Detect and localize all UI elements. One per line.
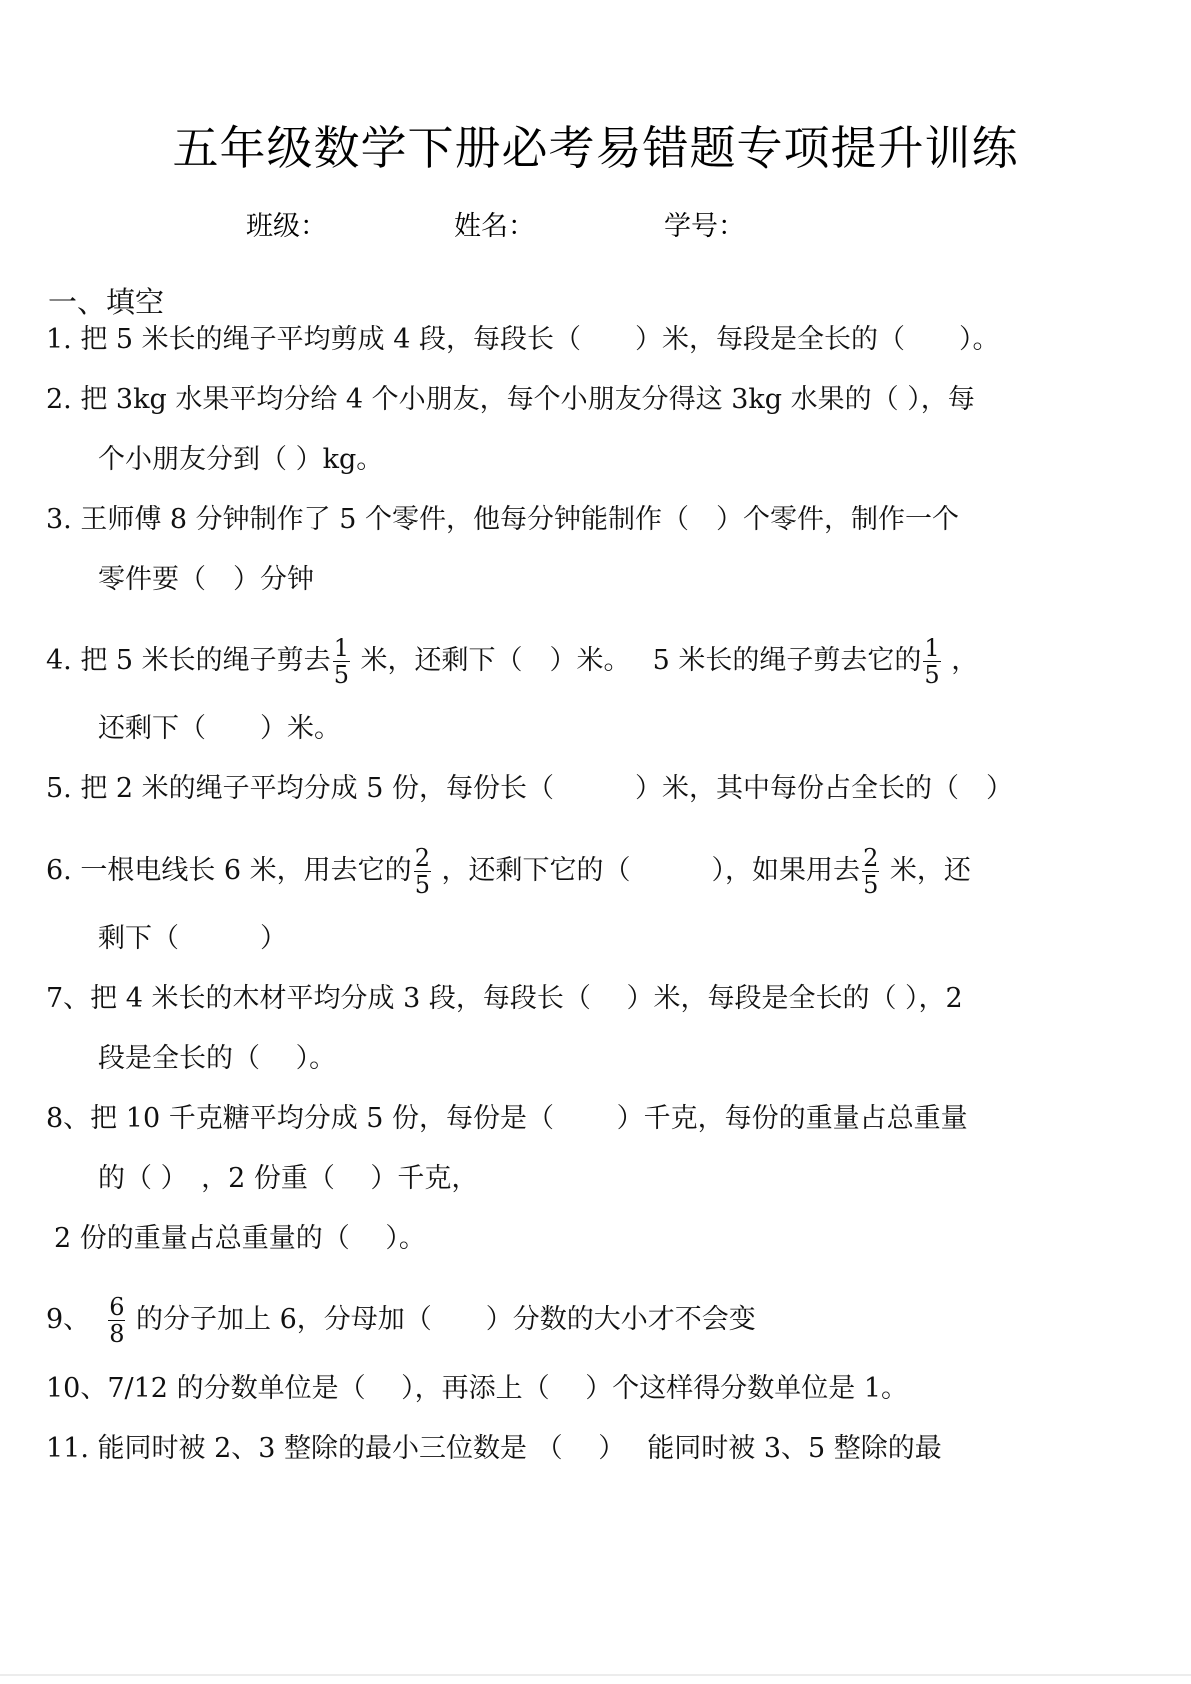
section-heading: 一、填空 bbox=[48, 280, 164, 321]
q6-text-2: ，还剩下它的（ ），如果用去 bbox=[433, 855, 860, 886]
fraction-two-fifths: 25 bbox=[414, 845, 431, 898]
question-8-line-1: 8、把 10 千克糖平均分成 5 份，每份是（ ）千克，每份的重量占总重量 bbox=[46, 1102, 968, 1136]
question-4-line-1: 4. 把 5 米长的绳子剪去15 米，还剩下（ ）米。 5 米长的绳子剪去它的1… bbox=[46, 635, 978, 688]
question-9: 9、68 的分子加上 6，分母加（ ）分数的大小才不会变 bbox=[46, 1294, 756, 1347]
page-bottom-divider bbox=[0, 1674, 1191, 1676]
q6-text-3: 米，还 bbox=[881, 855, 971, 886]
question-6-line-1: 6. 一根电线长 6 米，用去它的25 ，还剩下它的（ ），如果用去25 米，还 bbox=[46, 845, 971, 898]
question-10: 10、7/12 的分数单位是（ ），再添上（ ）个这样得分数单位是 1。 bbox=[46, 1372, 908, 1406]
q4-text-2: 米，还剩下（ ）米。 5 米长的绳子剪去它的 bbox=[352, 645, 921, 676]
question-1: 1. 把 5 米长的绳子平均剪成 4 段，每段长（ ）米，每段是全长的（ ）。 bbox=[46, 323, 1000, 357]
numerator: 1 bbox=[333, 635, 350, 662]
denominator: 5 bbox=[923, 662, 940, 688]
fraction-one-fifth: 15 bbox=[333, 635, 350, 688]
question-5: 5. 把 2 米的绳子平均分成 5 份，每份长（ ）米，其中每份占全长的（ ） bbox=[46, 772, 1013, 806]
fraction-six-eighths: 68 bbox=[108, 1294, 125, 1347]
question-11: 11. 能同时被 2、3 整除的最小三位数是 （ ） 能同时被 3、5 整除的最 bbox=[46, 1432, 942, 1466]
question-4-line-2: 还剩下（ ）米。 bbox=[98, 712, 341, 746]
fraction-two-fifths: 25 bbox=[862, 845, 879, 898]
question-7-line-1: 7、把 4 米长的木材平均分成 3 段，每段长（ ）米，每段是全长的（ ），2 bbox=[46, 982, 963, 1016]
q4-text-1: 4. 把 5 米长的绳子剪去 bbox=[46, 645, 331, 676]
page-title: 五年级数学下册必考易错题专项提升训练 bbox=[0, 112, 1191, 178]
denominator: 5 bbox=[333, 662, 350, 688]
question-8-line-2: 的（ ） ，2 份重（ ）千克， bbox=[98, 1162, 478, 1196]
question-3-line-1: 3. 王师傅 8 分钟制作了 5 个零件，他每分钟能制作（ ）个零件，制作一个 bbox=[46, 503, 959, 537]
numerator: 2 bbox=[862, 845, 879, 872]
denominator: 8 bbox=[108, 1321, 125, 1347]
fraction-one-fifth: 15 bbox=[923, 635, 940, 688]
question-6-line-2: 剩下（ ） bbox=[98, 922, 287, 956]
question-2-line-2: 个小朋友分到（ ）kg。 bbox=[98, 443, 383, 477]
numerator: 6 bbox=[108, 1294, 125, 1321]
q9-number: 9、 bbox=[46, 1304, 90, 1335]
numerator: 2 bbox=[414, 845, 431, 872]
denominator: 5 bbox=[414, 872, 431, 898]
question-7-line-2: 段是全长的（ ）。 bbox=[98, 1042, 336, 1076]
name-label: 姓名： bbox=[454, 204, 535, 243]
q9-text: 的分子加上 6，分母加（ ）分数的大小才不会变 bbox=[127, 1304, 755, 1335]
student-id-label: 学号： bbox=[664, 204, 745, 243]
q6-text-1: 6. 一根电线长 6 米，用去它的 bbox=[46, 855, 412, 886]
question-2-line-1: 2. 把 3kg 水果平均分给 4 个小朋友，每个小朋友分得这 3kg 水果的（… bbox=[46, 383, 975, 417]
class-label: 班级： bbox=[246, 204, 327, 243]
question-8-line-3: 2 份的重量占总重量的（ ）。 bbox=[54, 1222, 426, 1256]
question-3-line-2: 零件要（ ）分钟 bbox=[98, 563, 314, 597]
q4-text-3: ， bbox=[943, 645, 979, 676]
denominator: 5 bbox=[862, 872, 879, 898]
numerator: 1 bbox=[923, 635, 940, 662]
